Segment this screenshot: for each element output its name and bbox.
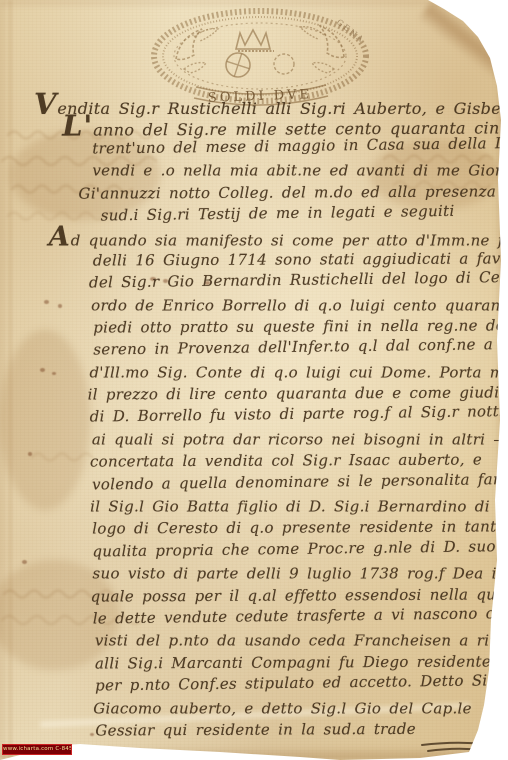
manuscript-line: ordo de Enrico Borrello di q.o luigi cen… bbox=[91, 294, 508, 316]
manuscript-line: qualita propria che come Proc.re g.nle d… bbox=[92, 535, 508, 563]
manuscript-line: d'Ill.mo Sig. Conte di q.o luigi cui Dom… bbox=[89, 361, 508, 383]
manuscript-line: del Sig.r Gio Bernardin Rustichelli del … bbox=[89, 266, 508, 294]
manuscript-line: sereno in Provenza dell'Infer.to q.l dal… bbox=[93, 333, 508, 361]
manuscript-line: Giacomo auberto, e detto Sig.l Gio del C… bbox=[93, 697, 508, 719]
manuscript-line: sud.i Sig.ri Testij de me in legati e se… bbox=[100, 199, 508, 227]
manuscript-line: suo visto di parte delli 9 luglio 1738 r… bbox=[93, 563, 508, 585]
manuscript-line: ai quali si potra dar ricorso nei bisogn… bbox=[92, 428, 508, 450]
watermark-label: www.icharta.com C-84538 bbox=[2, 744, 72, 755]
edge-shade bbox=[418, 0, 508, 94]
manuscript-line: il Sig.l Gio Batta figlio di D. Sig.i Be… bbox=[90, 496, 508, 518]
manuscript-text: Vendita Sig.r Rustichelli alli Sig.ri Au… bbox=[0, 90, 508, 742]
manuscript-line: per p.nto Conf.es stipulato ed accetto. … bbox=[95, 669, 508, 697]
manuscript-line: le dette vendute cedute trasferte a vi n… bbox=[93, 602, 508, 630]
closing-flourish bbox=[418, 741, 490, 755]
manuscript-line: vendi e .o nella mia abit.ne ed avanti d… bbox=[92, 160, 508, 182]
manuscript-line: visti del p.nto da usando ceda Francheis… bbox=[95, 630, 508, 652]
document-photo: SOLDI DVE GENA Vendita Sig.r Rustichelli… bbox=[0, 0, 508, 760]
paper-sheet: SOLDI DVE GENA Vendita Sig.r Rustichelli… bbox=[0, 0, 508, 760]
manuscript-line: di D. Borrello fu visto di parte rog.f a… bbox=[90, 401, 508, 429]
manuscript-line: Ad quando sia manifesto si come per atto… bbox=[49, 227, 508, 249]
manuscript-line: trent'uno del mese di maggio in Casa sua… bbox=[92, 132, 508, 160]
manuscript-line: Vendita Sig.r Rustichelli alli Sig.ri Au… bbox=[34, 93, 508, 115]
manuscript-line: volendo a quella denominare si le person… bbox=[92, 468, 508, 496]
manuscript-line: Gessiar qui residente in la sud.a trade bbox=[95, 717, 508, 742]
